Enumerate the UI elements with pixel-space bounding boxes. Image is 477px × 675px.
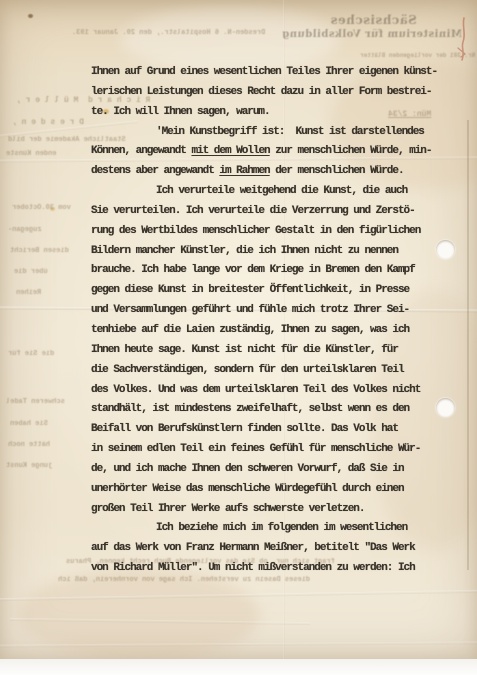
text-line: Ich beziehe mich im folgenden im wesentl…: [91, 519, 451, 539]
text-line: te. Ich will Ihnen sagen, warum.: [91, 103, 451, 123]
text-line: rung des Wertbildes menschlicher Gestalt…: [91, 222, 451, 242]
scanner-background: [0, 659, 477, 675]
paper-speck: [50, 207, 55, 211]
text-line: Bildern mancher Künstler, die ich Ihnen …: [91, 242, 451, 262]
text-line: unerhörter Weise das menschliche Würdege…: [91, 480, 451, 500]
text-line: tenhiebe auf die Laien zuständig, Ihnen …: [91, 321, 451, 341]
punched-hole: [436, 398, 455, 417]
text-line: des Volkes. Und was dem urteilsklaren Te…: [91, 381, 451, 401]
paper-speck: [28, 14, 33, 18]
text-line: großen Teil Ihrer Werke aufs schwerste v…: [91, 500, 451, 520]
text-line: Sie verurteilen. Ich verurteile die Verz…: [91, 202, 451, 222]
text-line: standhält, ist mindestens zweifelhaft, s…: [91, 400, 451, 420]
scanned-letter-page: { "page": { "kind": "scanned typewritten…: [0, 0, 477, 675]
text-line: Ich verurteile weitgehend die Kunst, die…: [91, 182, 451, 202]
fold-crease: [0, 590, 477, 602]
text-line: 'Mein Kunstbegriff ist: Kunst ist darste…: [91, 123, 451, 143]
text-line: von Richard Müller". Um nicht mißverstan…: [91, 559, 451, 579]
text-line: Beifall von Berufskünstlern finden sollt…: [91, 420, 451, 440]
red-pencil-mark: [455, 16, 471, 66]
text-line: und Versammlungen geführt und fühle mich…: [91, 301, 451, 321]
fold-crease: [0, 641, 477, 647]
text-line: die Sachverständigen, sondern für den ur…: [91, 361, 451, 381]
text-line: Ihnen heute sage. Kunst ist nicht für di…: [91, 341, 451, 361]
text-line: auf das Werk von Franz Hermann Meißner, …: [91, 539, 451, 559]
text-line: de, und ich mache Ihnen den schweren Vor…: [91, 460, 451, 480]
fold-crease: [10, 618, 310, 625]
text-line: lerischen Leistungen dieses Recht dazu i…: [91, 83, 451, 103]
text-line: gegen diese Kunst in breitester Öffentli…: [91, 281, 451, 301]
text-line: Können, angewandt mit dem Wollen zur men…: [91, 142, 451, 162]
punched-hole: [436, 240, 455, 259]
typewritten-text: Ihnen auf Grund eines wesentlichen Teile…: [91, 63, 451, 579]
text-line: destens aber angewandt im Rahmen der men…: [91, 162, 451, 182]
text-line: brauche. Ich habe lange vor dem Kriege i…: [91, 261, 451, 281]
paper-edge-shadow: [467, 120, 469, 570]
paper-stain: [20, 570, 260, 660]
text-line: Ihnen auf Grund eines wesentlichen Teile…: [91, 63, 451, 83]
text-line: in seinem edlen Teil ein feines Gefühl f…: [91, 440, 451, 460]
